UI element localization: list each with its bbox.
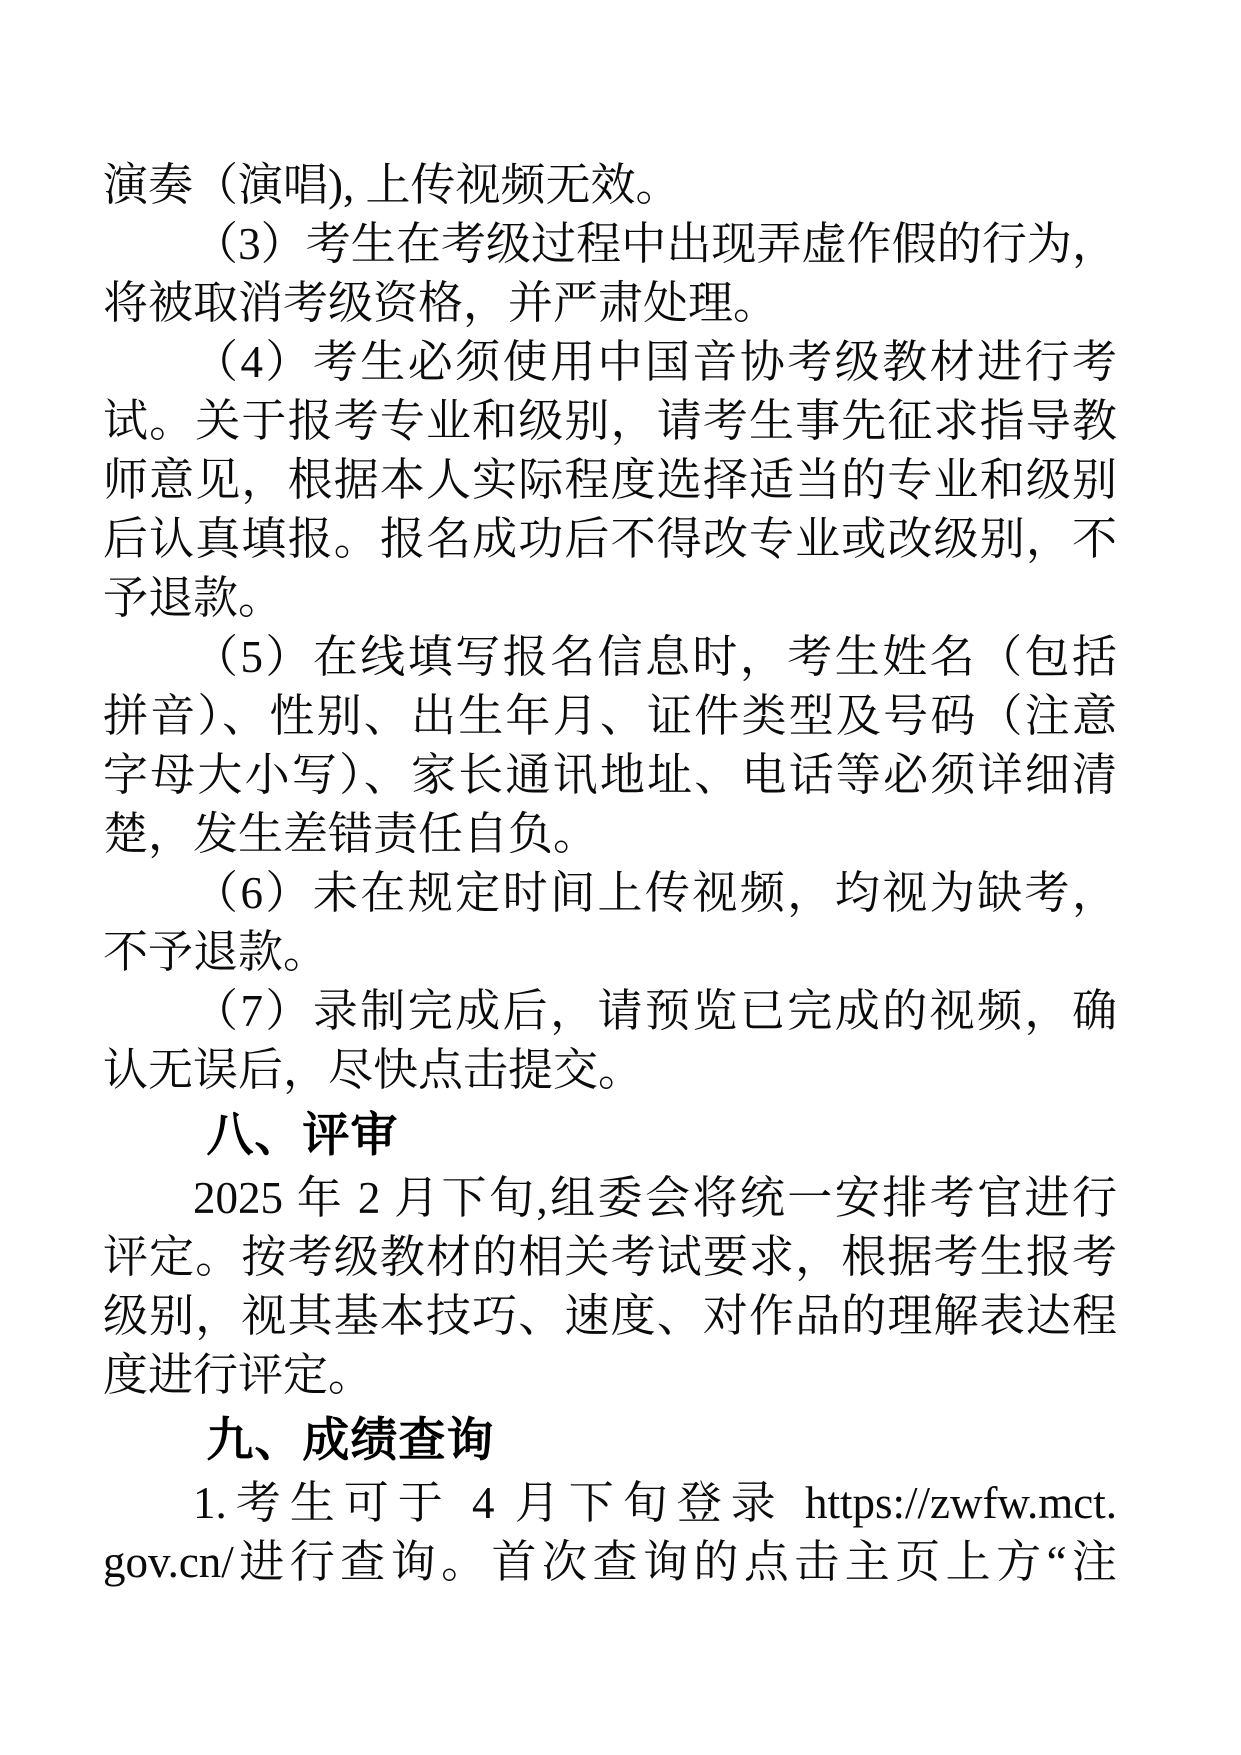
text-line: 不予退款。: [103, 923, 1117, 982]
text-line: 认无误后，尽快点击提交。: [103, 1041, 1117, 1100]
text-line: 字母大小写）、家长通讯地址、电话等必须详细清: [103, 746, 1117, 805]
section-heading: 八、评审: [103, 1105, 1117, 1164]
text-line: 将被取消考级资格，并严肃处理。: [103, 274, 1117, 333]
text-line: gov.cn/进行查询。首次查询的点击主页上方“注: [103, 1533, 1117, 1592]
text-line: 试。关于报考专业和级别，请考生事先征求指导教: [103, 392, 1117, 451]
text-line: 后认真填报。报名成功后不得改专业或改级别，不: [103, 510, 1117, 569]
text-line: 2025 年 2 月下旬,组委会将统一安排考官进行: [103, 1169, 1117, 1228]
text-line: （7）录制完成后，请预览已完成的视频，确: [103, 982, 1117, 1041]
text-line: （3）考生在考级过程中出现弄虚作假的行为，: [103, 215, 1117, 274]
text-line: 演奏（演唱), 上传视频无效。: [103, 156, 1117, 215]
document-page: 演奏（演唱), 上传视频无效。（3）考生在考级过程中出现弄虚作假的行为，将被取消…: [0, 0, 1241, 1755]
text-line: （6）未在规定时间上传视频，均视为缺考，: [103, 864, 1117, 923]
text-line: 予退款。: [103, 569, 1117, 628]
text-line: 楚，发生差错责任自负。: [103, 805, 1117, 864]
text-line: （5）在线填写报名信息时，考生姓名（包括: [103, 628, 1117, 687]
text-line: 度进行评定。: [103, 1346, 1117, 1405]
text-line: 级别，视其基本技巧、速度、对作品的理解表达程: [103, 1287, 1117, 1346]
text-line: 师意见，根据本人实际程度选择适当的专业和级别: [103, 451, 1117, 510]
text-line: 拼音）、性别、出生年月、证件类型及号码（注意: [103, 687, 1117, 746]
document-body: 演奏（演唱), 上传视频无效。（3）考生在考级过程中出现弄虚作假的行为，将被取消…: [103, 156, 1117, 1592]
section-heading: 九、成绩查询: [103, 1410, 1117, 1469]
text-line: （4）考生必须使用中国音协考级教材进行考: [103, 333, 1117, 392]
text-line: 评定。按考级教材的相关考试要求，根据考生报考: [103, 1228, 1117, 1287]
text-line: 1.考生可于 4 月下旬登录 https://zwfw.mct.: [103, 1474, 1117, 1533]
